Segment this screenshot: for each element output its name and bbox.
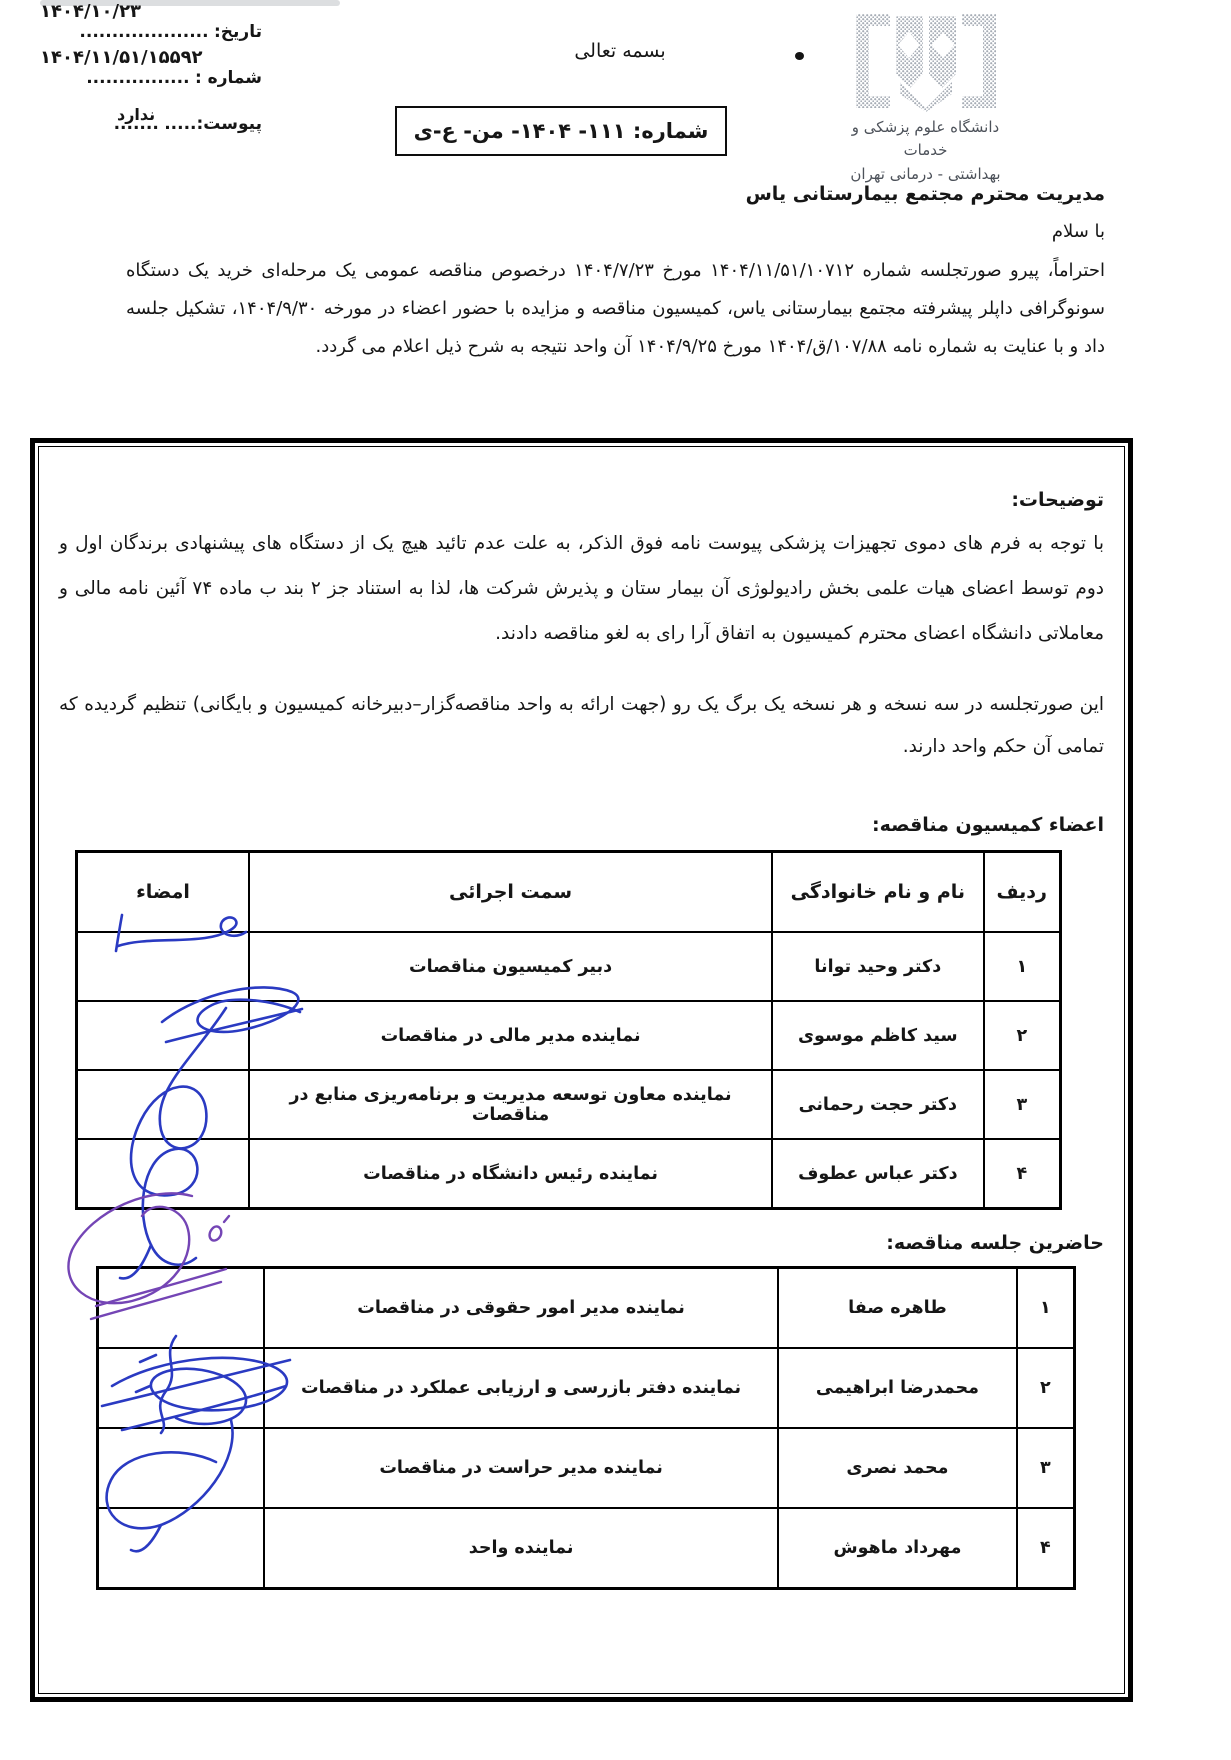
cell-no: ۴: [1017, 1508, 1075, 1589]
attachment-value: ندارد: [117, 105, 155, 124]
table-row: ۴مهرداد ماهوشنماینده واحد: [98, 1508, 1075, 1589]
number-label: شماره :: [195, 68, 262, 88]
table-row: ۱طاهره صفانماینده مدیر امور حقوقی در منا…: [98, 1268, 1075, 1349]
cell-role: نماینده واحد: [264, 1508, 778, 1589]
cell-no: ۱: [1017, 1268, 1075, 1349]
cell-no: ۱: [984, 932, 1061, 1001]
cell-name: دکتر حجت رحمانی: [772, 1070, 983, 1139]
cell-sig: [98, 1268, 264, 1349]
date-dotted-line: ....................: [79, 22, 208, 42]
cell-name: دکتر عباس عطوف: [772, 1139, 983, 1209]
cell-role: نماینده رئیس دانشگاه در مناقصات: [249, 1139, 772, 1209]
minutes-content: توضیحات: با توجه به فرم های دموی تجهیزات…: [35, 443, 1128, 1697]
cell-name: محمد نصری: [778, 1428, 1016, 1508]
table-row: ۳محمد نصرینماینده مدیر حراست در مناقصات: [98, 1428, 1075, 1508]
date-label: تاریخ:: [214, 22, 262, 42]
table-header-cell: نام و نام خانوادگی: [772, 852, 983, 933]
cell-sig: [98, 1508, 264, 1589]
cell-sig: [77, 1001, 250, 1070]
cell-no: ۳: [1017, 1428, 1075, 1508]
cell-no: ۲: [984, 1001, 1061, 1070]
cell-role: نماینده مدیر امور حقوقی در مناقصات: [264, 1268, 778, 1349]
table-row: ۲محمدرضا ابراهیمینماینده دفتر بازرسی و ا…: [98, 1348, 1075, 1428]
date-value: ۱۴۰۴/۱۰/۲۳: [40, 1, 141, 22]
letterhead-fields: ۱۴۰۴/۱۰/۲۳ تاریخ: .................... ۱…: [22, 22, 262, 160]
attendees-table-body: ۱طاهره صفانماینده مدیر امور حقوقی در منا…: [98, 1268, 1075, 1589]
cell-name: مهرداد ماهوش: [778, 1508, 1016, 1589]
cell-no: ۲: [1017, 1348, 1075, 1428]
attachment-dots: .....: [164, 114, 196, 134]
university-logo-block: دانشگاه علوم پزشکی و خدمات بهداشتی - درم…: [843, 10, 1008, 186]
table-header-cell: ردیف: [984, 852, 1061, 933]
number-dotted-line: ................: [86, 68, 189, 88]
cell-name: سید کاظم موسوی: [772, 1001, 983, 1070]
attachment-label: پیوست:: [197, 114, 263, 134]
notes-paragraph-1: با توجه به فرم های دموی تجهیزات پزشکی پی…: [59, 521, 1104, 656]
cell-sig: [77, 1070, 250, 1139]
reference-number-box: شماره: ۱۱۱- ۱۴۰۴- من- ع-ی: [395, 106, 727, 156]
table-header-cell: امضاء: [77, 852, 250, 933]
cell-name: محمدرضا ابراهیمی: [778, 1348, 1016, 1428]
cell-sig: [77, 1139, 250, 1209]
scanned-letter-page: ۱۴۰۴/۱۰/۲۳ تاریخ: .................... ۱…: [0, 0, 1231, 1760]
table-row: ۴دکتر عباس عطوفنماینده رئیس دانشگاه در م…: [77, 1139, 1061, 1209]
cell-sig: [98, 1428, 264, 1508]
table-row: ۳دکتر حجت رحمانینماینده معاون توسعه مدیر…: [77, 1070, 1061, 1139]
letter-paragraph: احتراماً، پیرو صورتجلسه شماره ۱۴۰۴/۱۱/۵۱…: [126, 252, 1105, 366]
salutation-line: با سلام: [126, 221, 1105, 242]
attachment-field: پیوست:..... ندارد .......: [22, 114, 262, 134]
minutes-frame: توضیحات: با توجه به فرم های دموی تجهیزات…: [30, 438, 1133, 1702]
members-table-header-row: ردیفنام و نام خانوادگیسمت اجرائیامضاء: [77, 852, 1061, 933]
university-name-line1: دانشگاه علوم پزشکی و خدمات: [843, 116, 1008, 163]
number-field: ۱۴۰۴/۱۱/۵۱/۱۵۵۹۲ شماره : ...............…: [22, 68, 262, 88]
members-title: اعضاء کمیسیون مناقصه:: [59, 814, 1104, 836]
recipient-line: مدیریت محترم مجتمع بیمارستانی یاس: [126, 183, 1105, 205]
ink-dot-mark: [795, 52, 804, 60]
cell-no: ۴: [984, 1139, 1061, 1209]
cell-role: نماینده مدیر حراست در مناقصات: [264, 1428, 778, 1508]
cell-name: دکتر وحید توانا: [772, 932, 983, 1001]
cell-role: نماینده معاون توسعه مدیریت و برنامه‌ریزی…: [249, 1070, 772, 1139]
cell-sig: [77, 932, 250, 1001]
cell-role: نماینده مدیر مالی در مناقصات: [249, 1001, 772, 1070]
cell-sig: [98, 1348, 264, 1428]
attendees-title: حاضرین جلسه مناقصه:: [59, 1232, 1104, 1254]
cell-name: طاهره صفا: [778, 1268, 1016, 1349]
table-header-cell: سمت اجرائی: [249, 852, 772, 933]
notes-paragraph-2: این صورتجلسه در سه نسخه و هر نسخه یک برگ…: [59, 684, 1104, 768]
besmele-text: بسمه تعالی: [530, 40, 710, 62]
cell-no: ۳: [984, 1070, 1061, 1139]
number-value: ۱۴۰۴/۱۱/۵۱/۱۵۵۹۲: [40, 47, 203, 68]
university-name: دانشگاه علوم پزشکی و خدمات بهداشتی - درم…: [843, 116, 1008, 186]
cell-role: نماینده دفتر بازرسی و ارزیابی عملکرد در …: [264, 1348, 778, 1428]
table-row: ۲سید کاظم موسوینماینده مدیر مالی در مناق…: [77, 1001, 1061, 1070]
table-row: ۱دکتر وحید توانادبیر کمیسیون مناقصات: [77, 932, 1061, 1001]
letter-body-block: مدیریت محترم مجتمع بیمارستانی یاس با سلا…: [126, 183, 1105, 366]
date-field: ۱۴۰۴/۱۰/۲۳ تاریخ: ....................: [22, 22, 262, 42]
members-table-body: ۱دکتر وحید توانادبیر کمیسیون مناقصات۲سید…: [77, 932, 1061, 1209]
cell-role: دبیر کمیسیون مناقصات: [249, 932, 772, 1001]
attendees-table: ۱طاهره صفانماینده مدیر امور حقوقی در منا…: [96, 1266, 1076, 1590]
notes-title: توضیحات:: [59, 489, 1104, 511]
university-logo: [850, 10, 1002, 112]
commission-members-table: ردیفنام و نام خانوادگیسمت اجرائیامضاء ۱د…: [75, 850, 1062, 1210]
